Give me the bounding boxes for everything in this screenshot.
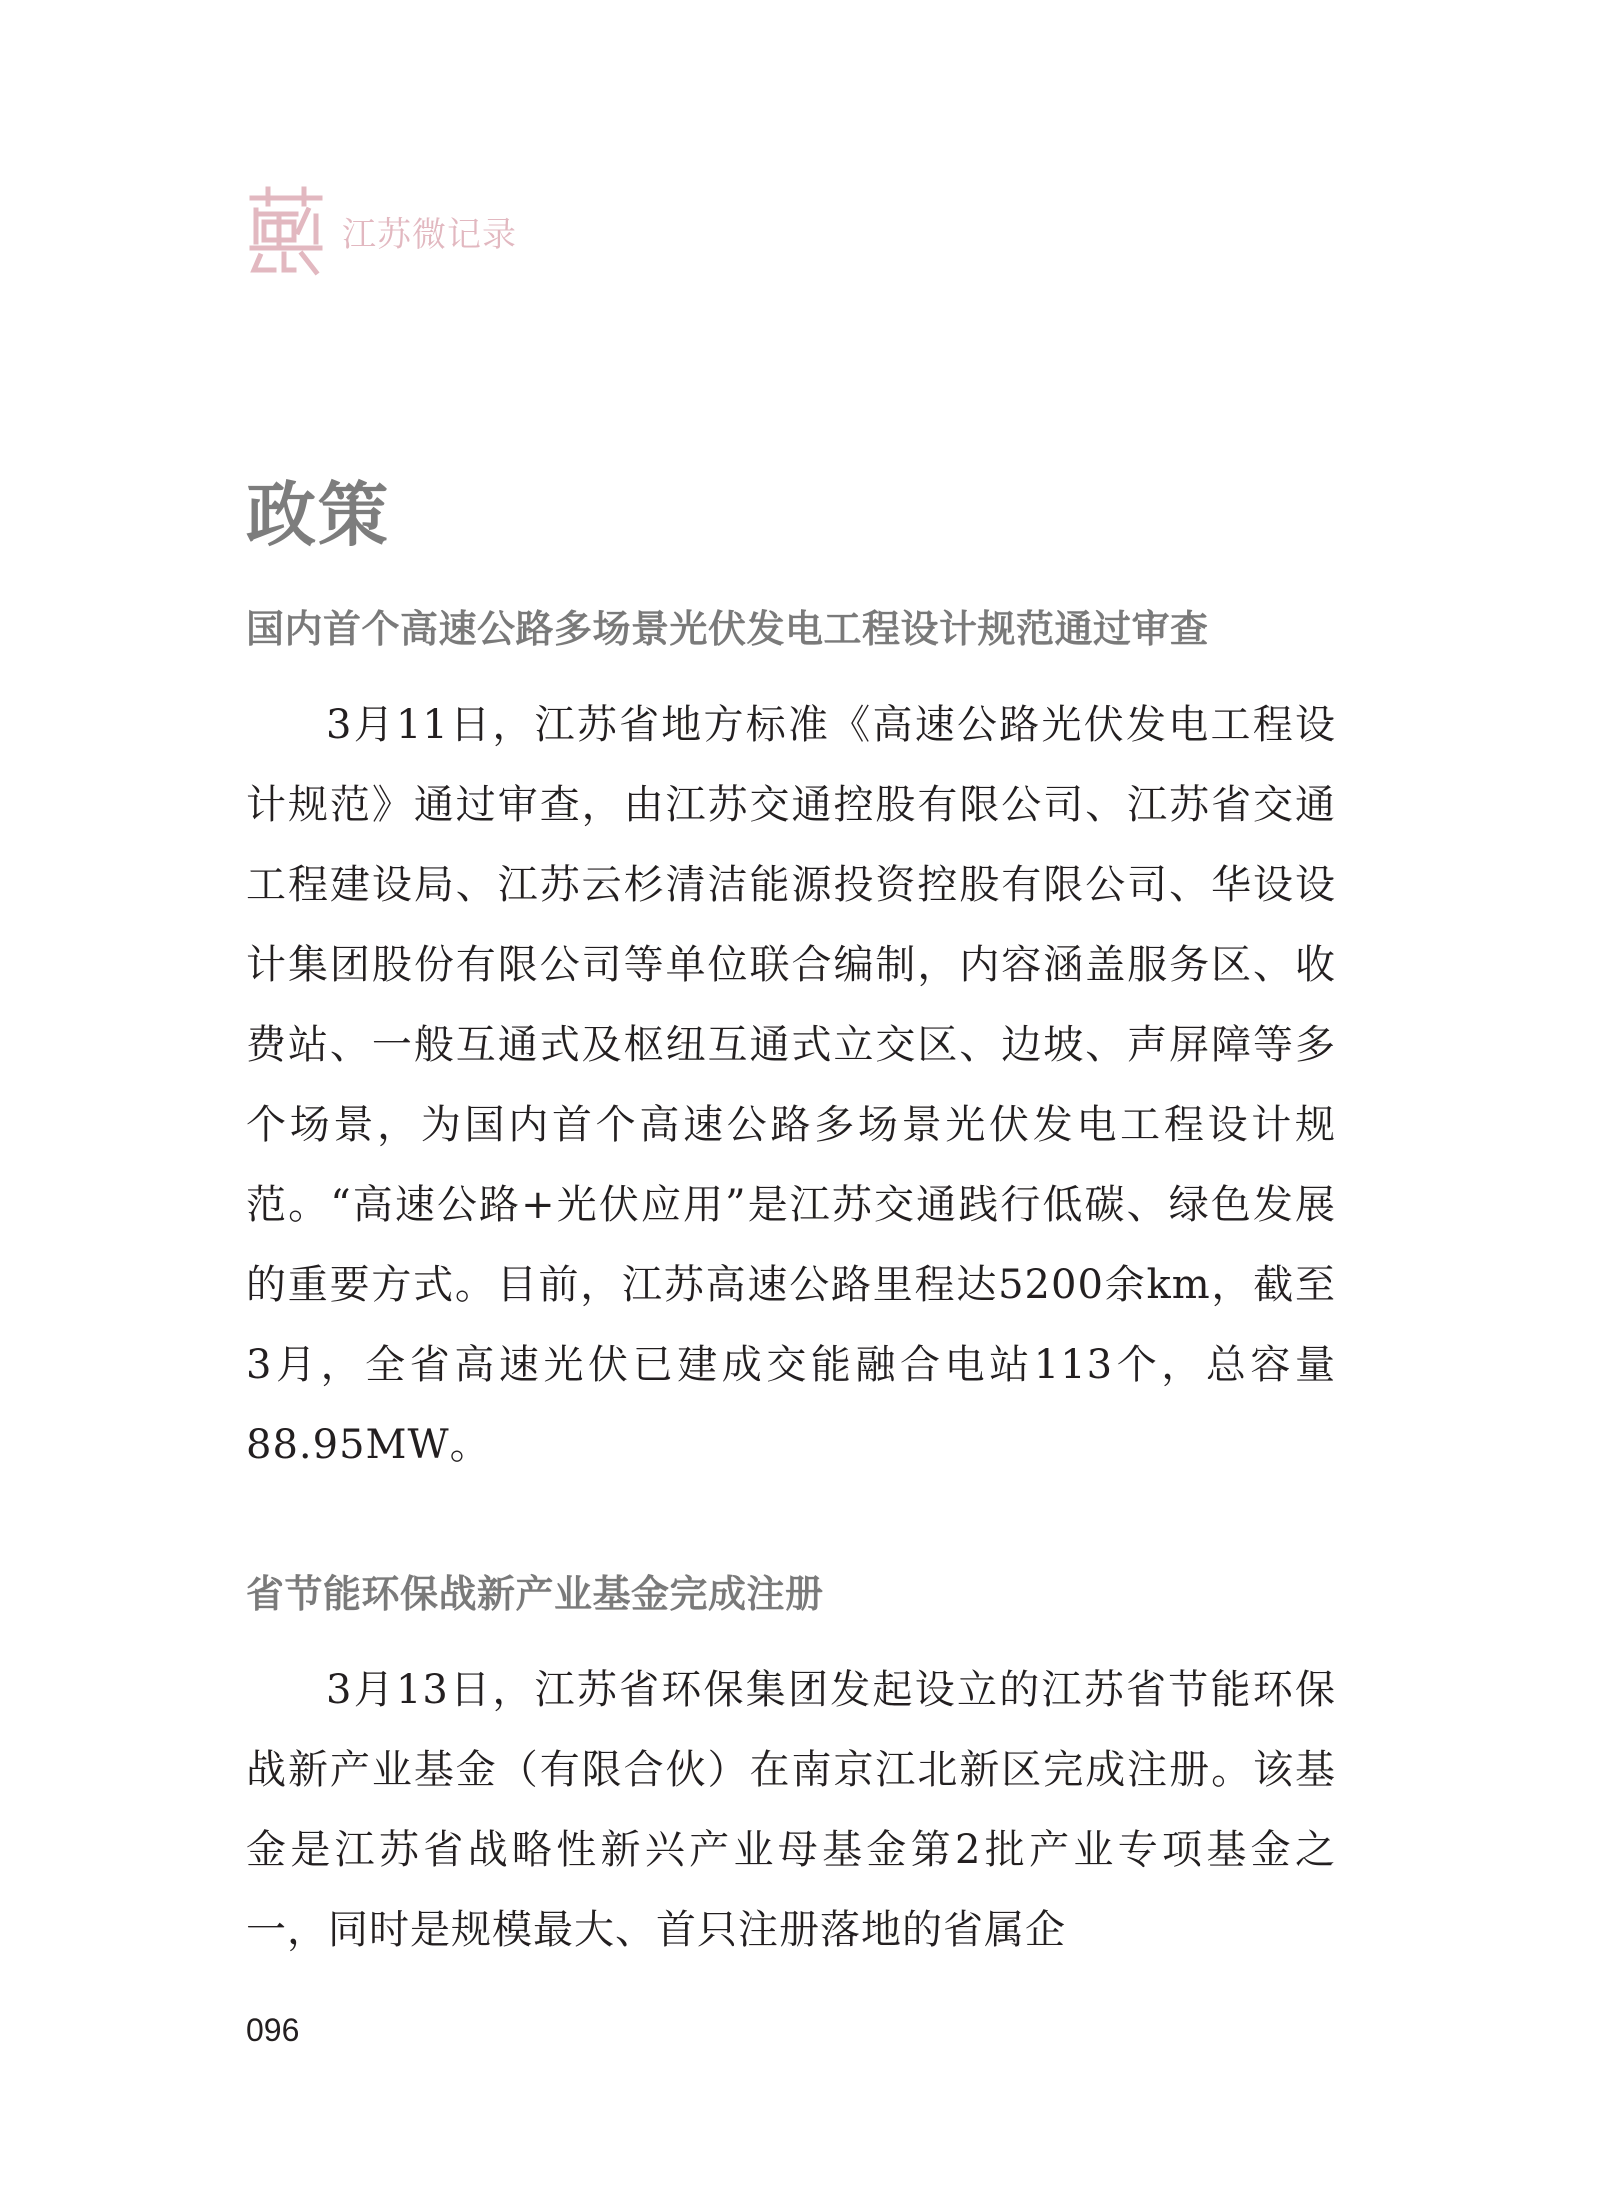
section-title: 政策 [246,475,390,555]
jiangsu-logo-icon [246,186,326,276]
article-body: 3月11日，江苏省地方标准《高速公路光伏发电工程设计规范》通过审查，由江苏交通控… [246,685,1336,1485]
article-body: 3月13日，江苏省环保集团发起设立的江苏省节能环保战新产业基金（有限合伙）在南京… [246,1650,1336,1970]
article-title: 省节能环保战新产业基金完成注册 [246,1569,1336,1619]
article-title: 国内首个高速公路多场景光伏发电工程设计规范通过审查 [246,604,1336,654]
page-number: 096 [246,2012,299,2049]
page-header: 江苏微记录 [246,186,517,276]
article: 国内首个高速公路多场景光伏发电工程设计规范通过审查 3月11日，江苏省地方标准《… [246,572,1336,1525]
article: 省节能环保战新产业基金完成注册 3月13日，江苏省环保集团发起设立的江苏省节能环… [246,1537,1336,2010]
header-title: 江苏微记录 [342,207,517,256]
